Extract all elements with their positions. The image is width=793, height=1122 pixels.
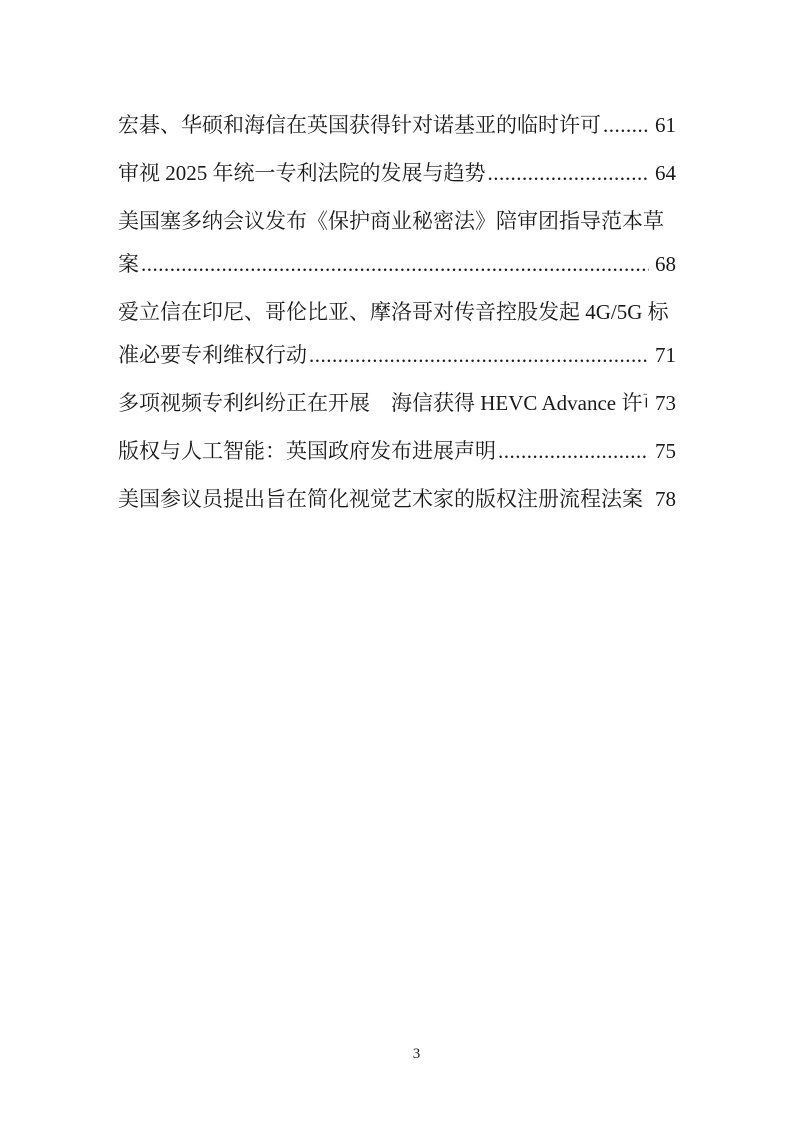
toc-entry-title: 宏碁、华硕和海信在英国获得针对诺基亚的临时许可	[118, 104, 601, 147]
toc-dot-leader	[309, 334, 649, 377]
toc-entry-line: 美国参议员提出旨在简化视觉艺术家的版权注册流程法案 78	[118, 478, 676, 521]
page-footer: 3	[40, 1046, 793, 1062]
toc-entry-title-continued: 案	[118, 243, 139, 286]
toc-entry-line: 宏碁、华硕和海信在英国获得针对诺基亚的临时许可 61	[118, 104, 676, 147]
toc-dot-leader	[603, 104, 649, 147]
toc-entry[interactable]: 爱立信在印尼、哥伦比亚、摩洛哥对传音控股发起 4G/5G 标 准必要专利维权行动…	[118, 291, 676, 377]
toc-entry-line: 美国塞多纳会议发布《保护商业秘密法》陪审团指导范本草	[118, 200, 676, 243]
toc-dot-leader	[488, 152, 650, 195]
toc-entry-title: 审视 2025 年统一专利法院的发展与趋势	[118, 152, 486, 195]
toc-entry-line: 审视 2025 年统一专利法院的发展与趋势 64	[118, 152, 676, 195]
toc-page-number: 78	[649, 478, 676, 521]
toc-page-number: 71	[649, 334, 676, 377]
toc-entry-title: 多项视频专利纠纷正在开展 海信获得 HEVC Advance 许可	[118, 382, 647, 425]
toc-entry-title: 美国参议员提出旨在简化视觉艺术家的版权注册流程法案	[118, 478, 643, 521]
toc-entry-line: 案 68	[118, 243, 676, 286]
toc-entry-title-continued: 准必要专利维权行动	[118, 334, 307, 377]
toc-page-number: 73	[649, 382, 676, 425]
toc-entry-line: 多项视频专利纠纷正在开展 海信获得 HEVC Advance 许可 73	[118, 382, 676, 425]
document-page: 宏碁、华硕和海信在英国获得针对诺基亚的临时许可 61 审视 2025 年统一专利…	[0, 0, 793, 1122]
toc-entry-line: 版权与人工智能：英国政府发布进展声明 75	[118, 430, 676, 473]
toc-page-number: 68	[649, 243, 676, 286]
toc-dot-leader	[141, 243, 649, 286]
toc-entry[interactable]: 审视 2025 年统一专利法院的发展与趋势 64	[118, 152, 676, 195]
toc-entry[interactable]: 美国塞多纳会议发布《保护商业秘密法》陪审团指导范本草 案 68	[118, 200, 676, 286]
table-of-contents: 宏碁、华硕和海信在英国获得针对诺基亚的临时许可 61 审视 2025 年统一专利…	[118, 104, 676, 526]
toc-entry[interactable]: 多项视频专利纠纷正在开展 海信获得 HEVC Advance 许可 73	[118, 382, 676, 425]
toc-page-number: 64	[649, 152, 676, 195]
toc-page-number: 75	[649, 430, 676, 473]
toc-entry-line: 爱立信在印尼、哥伦比亚、摩洛哥对传音控股发起 4G/5G 标	[118, 291, 676, 334]
toc-page-number: 61	[649, 104, 676, 147]
toc-entry-title: 爱立信在印尼、哥伦比亚、摩洛哥对传音控股发起 4G/5G 标	[118, 300, 669, 324]
toc-entry-line: 准必要专利维权行动 71	[118, 334, 676, 377]
toc-entry[interactable]: 宏碁、华硕和海信在英国获得针对诺基亚的临时许可 61	[118, 104, 676, 147]
toc-dot-leader	[498, 430, 649, 473]
toc-entry[interactable]: 版权与人工智能：英国政府发布进展声明 75	[118, 430, 676, 473]
footer-page-number: 3	[413, 1046, 421, 1062]
toc-entry-title: 美国塞多纳会议发布《保护商业秘密法》陪审团指导范本草	[118, 209, 664, 233]
toc-entry[interactable]: 美国参议员提出旨在简化视觉艺术家的版权注册流程法案 78	[118, 478, 676, 521]
toc-entry-title: 版权与人工智能：英国政府发布进展声明	[118, 430, 496, 473]
